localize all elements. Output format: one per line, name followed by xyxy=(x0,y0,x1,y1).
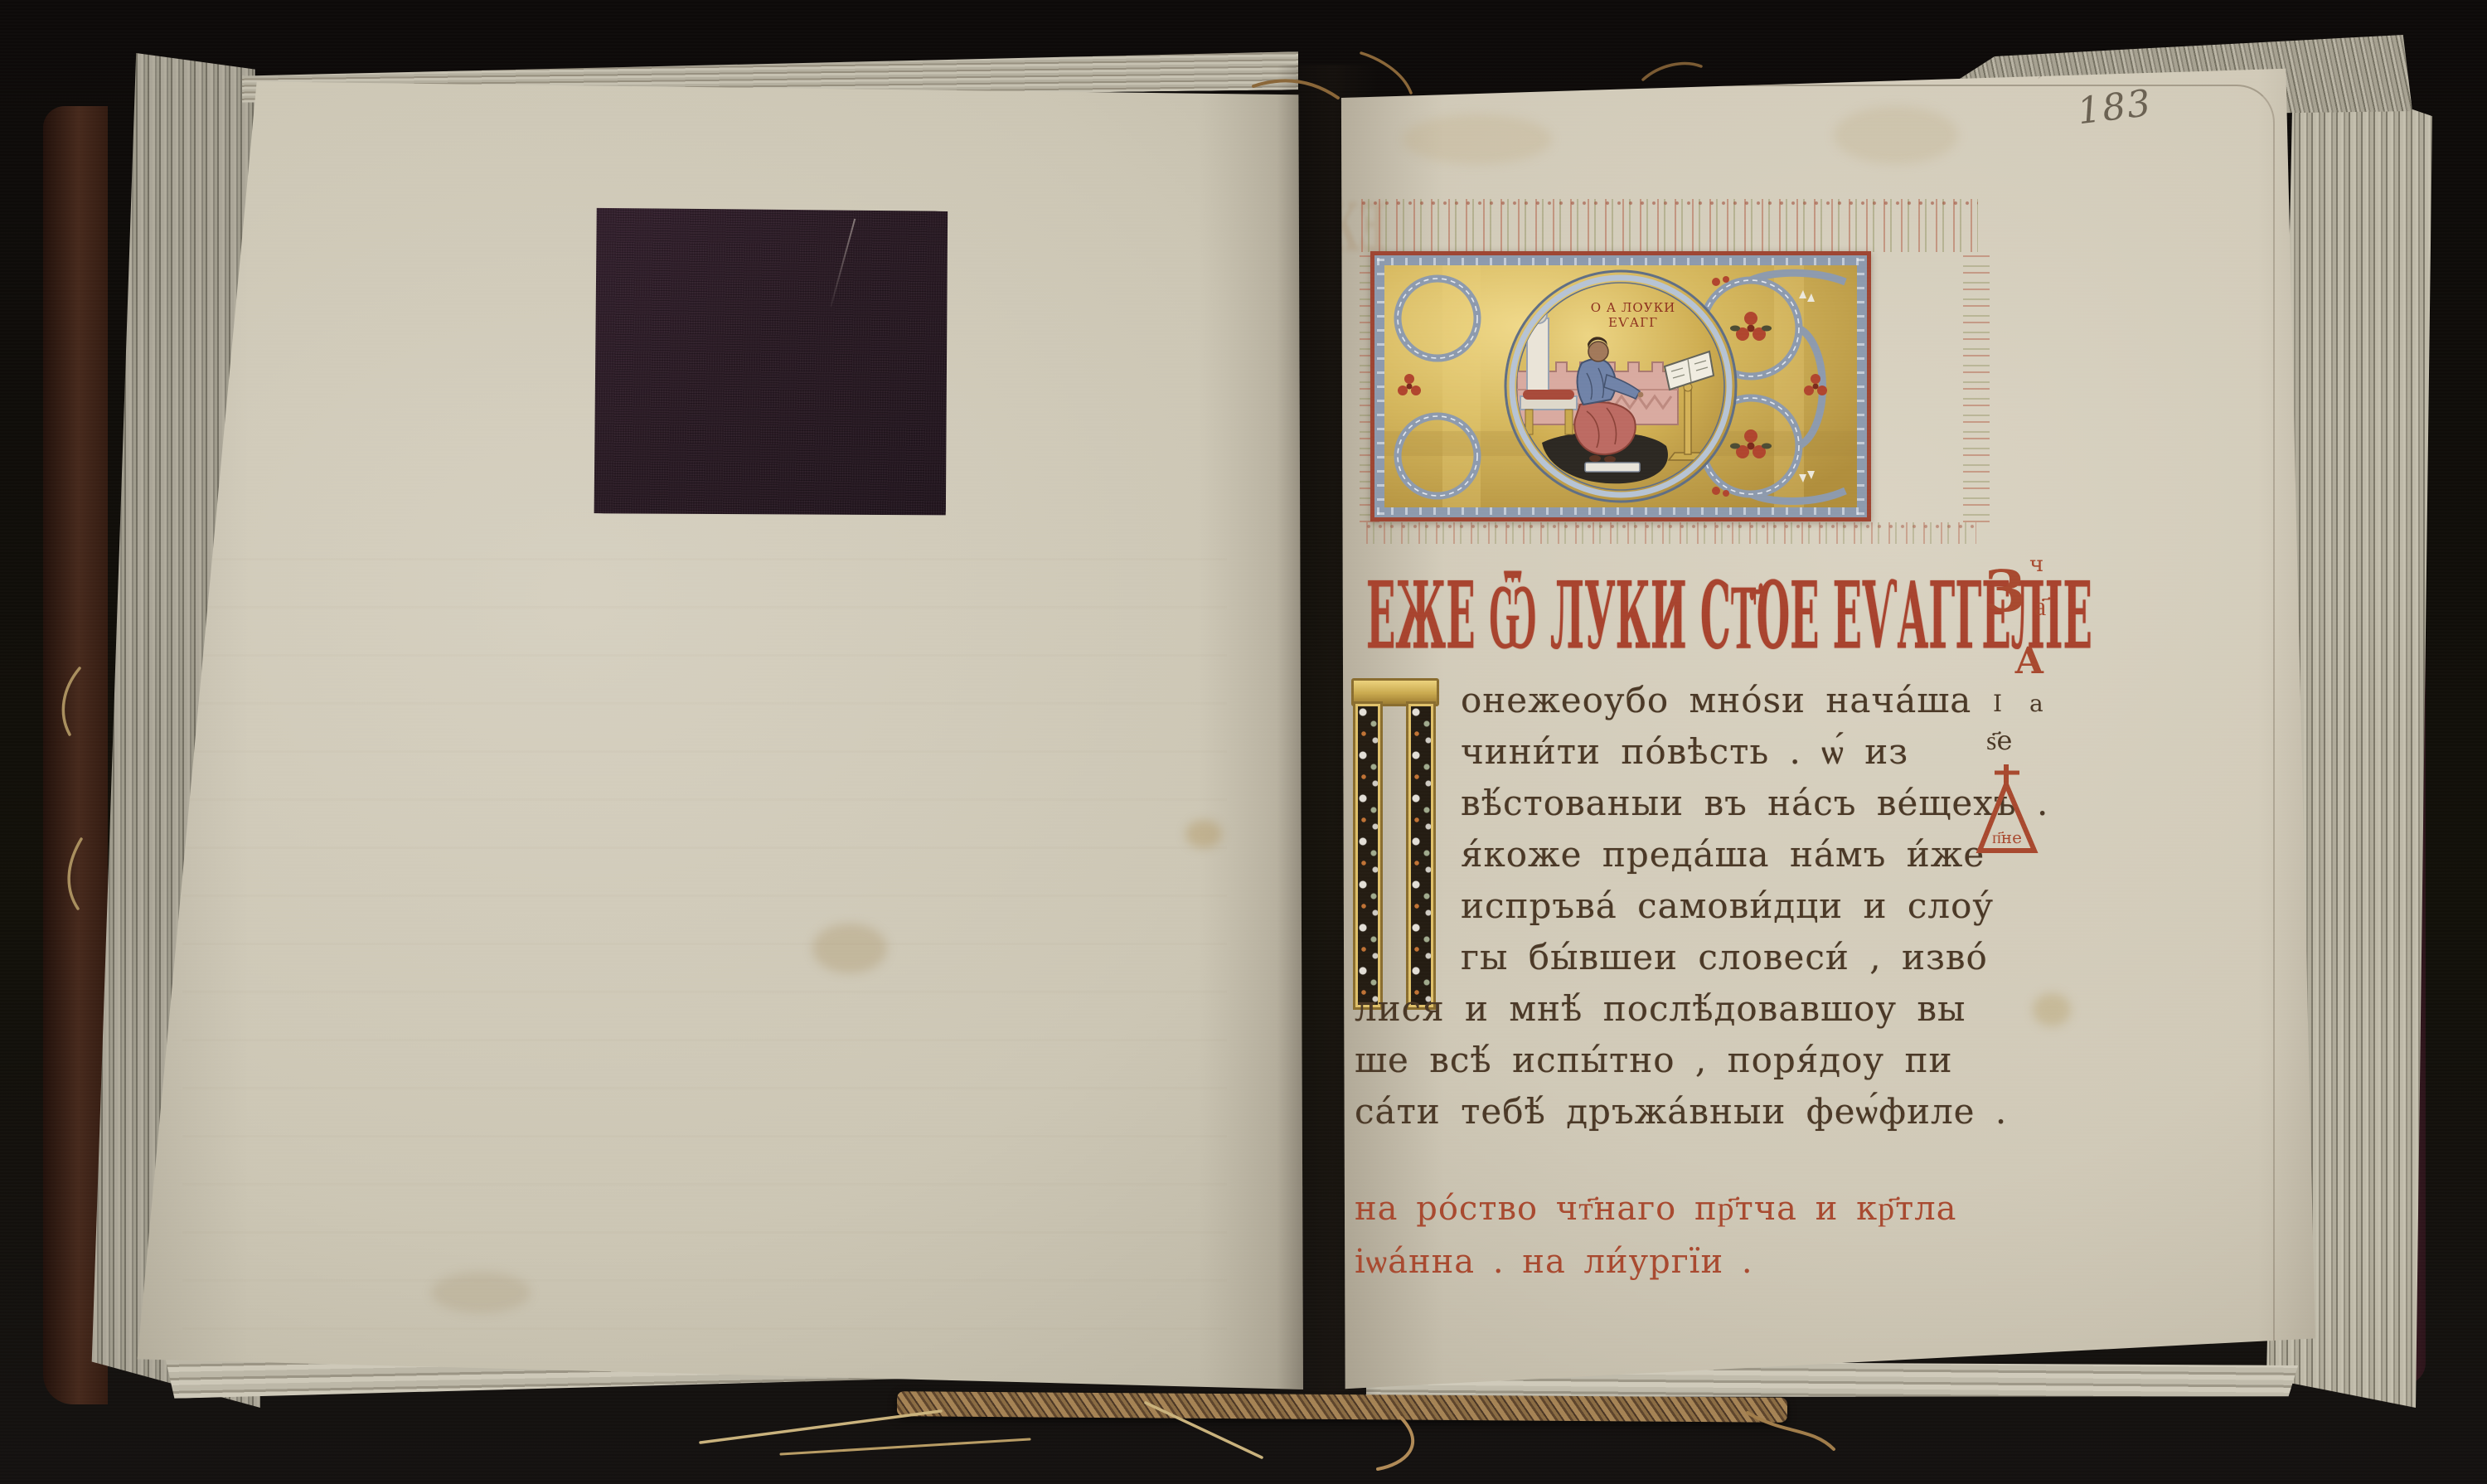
manuscript-photo: ЕЖЕ Ѿ ЛУКИ СТ҃ОЕ ЕѴАГГЕЛІЕ 183 xyxy=(0,0,2487,1484)
loose-threads-and-fibers xyxy=(0,0,2487,1484)
